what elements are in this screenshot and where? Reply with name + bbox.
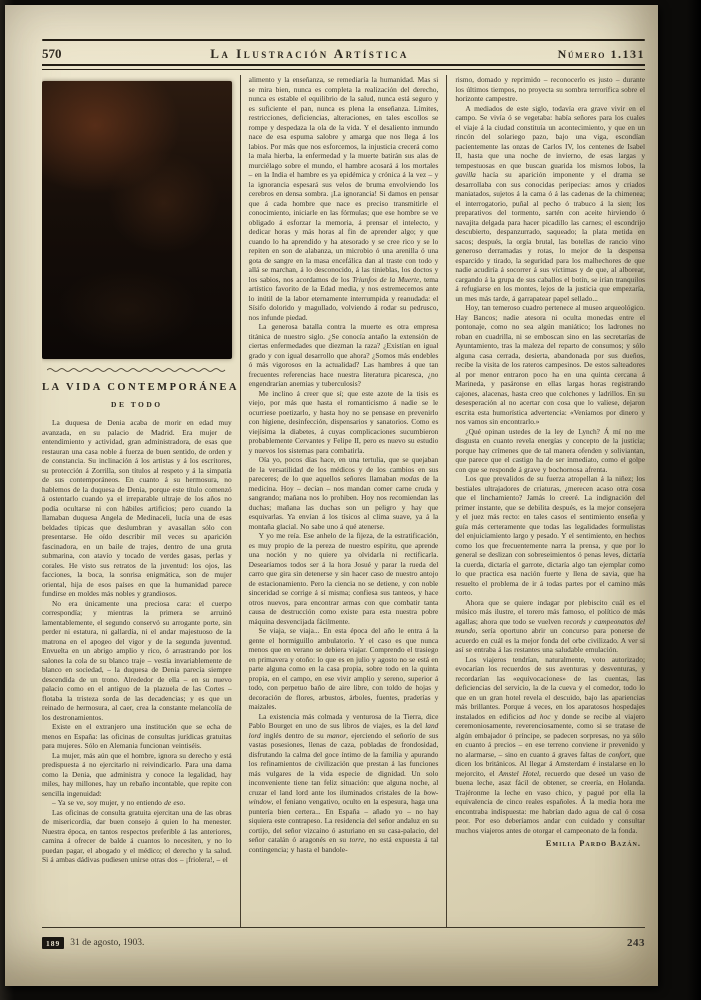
paragraph: A mediados de este siglo, todavía era gr… (455, 104, 645, 304)
masthead-rule (42, 64, 645, 70)
magazine-page: 570 La Ilustración Artística Número 1.13… (5, 5, 658, 986)
page-footer: 189 31 de agosto, 1903. 243 (42, 937, 645, 949)
publication-title: La Ilustración Artística (62, 46, 558, 62)
page-number-bottom-right: 243 (627, 937, 645, 949)
column-right: rismo, domado y reprimido – reconocerlo … (446, 75, 645, 927)
decorative-wavy-rule (47, 367, 227, 373)
paragraph: alimento y la enseñanza, se remediaría l… (249, 75, 439, 322)
paragraph: – Ya se ve, soy mujer, y no entiendo de … (42, 798, 232, 808)
paragraph: rismo, domado y reprimido – reconocerlo … (455, 75, 645, 104)
paragraph: Los que prevalidos de su fuerza atropell… (455, 474, 645, 598)
scan-background: 570 La Ilustración Artística Número 1.13… (0, 0, 701, 1000)
paragraph: Me inclino á creer que sí; que este azot… (249, 389, 439, 456)
stamp-badge: 189 (42, 937, 64, 949)
paragraph: No era únicamente una preciosa cara: el … (42, 599, 232, 723)
article-body: LA VIDA CONTEMPORÁNEA DE TODO La duquesa… (42, 75, 645, 927)
paragraph: Las oficinas de consulta gratuita ejerci… (42, 808, 232, 865)
page-top-rule (42, 39, 645, 41)
page-number-top-left: 570 (42, 46, 62, 62)
column-middle: alimento y la enseñanza, se remediaría l… (240, 75, 447, 927)
article-title: LA VIDA CONTEMPORÁNEA (42, 382, 232, 393)
paragraph: Existe en el extranjero una institución … (42, 722, 232, 751)
paragraph: ¿Qué opinan ustedes de la ley de Lynch? … (455, 427, 645, 475)
masthead: 570 La Ilustración Artística Número 1.13… (42, 46, 645, 62)
column-middle-text: alimento y la enseñanza, se remediaría l… (249, 75, 439, 854)
column-right-text: rismo, domado y reprimido – reconocerlo … (455, 75, 645, 835)
issue-number: Número 1.131 (558, 47, 645, 62)
column-left: LA VIDA CONTEMPORÁNEA DE TODO La duquesa… (42, 75, 240, 927)
paragraph: La generosa batalla contra la muerte es … (249, 322, 439, 389)
article-subtitle: DE TODO (42, 400, 232, 409)
paragraph: Hoy, tan temeroso cuadro pertenece al mu… (455, 303, 645, 427)
article-illustration (42, 81, 232, 359)
column-left-text: La duquesa de Denia acaba de morir en ed… (42, 418, 232, 865)
paragraph: La existencia más colmada y venturosa de… (249, 712, 439, 855)
paragraph: Los viajeros tendrían, naturalmente, vot… (455, 655, 645, 836)
paragraph: La mujer, más aún que el hombre, ignora … (42, 751, 232, 799)
paragraph: Se viaja, se viaja... En esta época del … (249, 626, 439, 712)
paragraph: La duquesa de Denia acaba de morir en ed… (42, 418, 232, 599)
issue-date: 31 de agosto, 1903. (70, 938, 144, 948)
paragraph: Ahora que se quiere indagar por plebisci… (455, 598, 645, 655)
author-signature: Emilia Pardo Bazán. (455, 838, 645, 848)
bottom-rule (42, 927, 645, 928)
paragraph: Y yo me reía. Ese anhelo de la fijeza, d… (249, 531, 439, 626)
paragraph: Oía yo, pocos días hace, en una tertulia… (249, 455, 439, 531)
